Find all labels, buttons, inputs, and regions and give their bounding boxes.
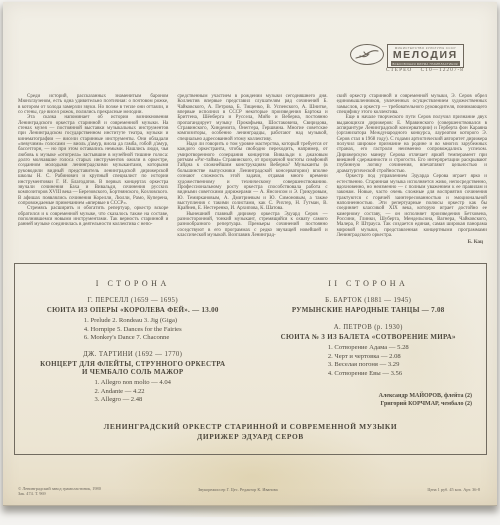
notes-paragraph: средственным участием в рождении музыки …: [177, 94, 327, 142]
notes-paragraph: Эта сказка напоминает об истории возникн…: [18, 115, 168, 206]
melodiya-logo: МИНИСТЕРСТВО КУЛЬТУРЫ СССР МЕЛОДИЯ ВСЕСО…: [350, 44, 464, 68]
firm-text: ВСЕСОЮЗНАЯ ФИРМА ГРАМПЛАСТИНОК: [391, 61, 460, 66]
movement-line: 6. Monkey's Dance 7. Chaconne: [84, 334, 182, 342]
movement-line: 3. Веселая погоня — 3.29: [328, 361, 409, 369]
notes-paragraph: ский оркестр старинной и современной муз…: [337, 94, 487, 115]
price-line: Цена 1 руб. 45 коп. Арт. 36-8: [427, 487, 480, 492]
movement-line: 3. Allegro — 2.48: [95, 396, 171, 404]
composer-name: ДЖ. ТАРТИНИ (1692 — 1770): [15, 351, 251, 358]
work-title: И ЧЕМБАЛО СОЛЬ МАЖОР: [23, 368, 243, 376]
notes-paragraph: Среди историй, рассказанных знаменитым б…: [18, 94, 168, 115]
composer-name: А. ПЕТРОВ (р. 1930): [251, 324, 487, 331]
movement-list: 1. Сотворение Адама — 5.28 2. Черт и чер…: [328, 344, 409, 378]
melodiya-emblem-icon: [350, 44, 384, 65]
liner-notes: Среди историй, рассказанных знаменитым б…: [18, 94, 487, 246]
movement-line: 1. Сотворение Адама — 5.28: [328, 344, 409, 352]
work-title: РУМЫНСКИЕ НАРОДНЫЕ ТАНЦЫ — 7.08: [259, 306, 479, 314]
movement-line: 1. Prelude 2. Rondeau 3. Jig (Giga): [84, 317, 182, 325]
notes-paragraph: Оркестр под управлением Эдуарда Серова и…: [337, 174, 487, 238]
side-2: II СТОРОНА Б. БАРТОК (1881 — 1945) РУМЫН…: [251, 264, 487, 408]
orchestra-name: ЛЕНИНГРАДСКИЙ ОРКЕСТР СТАРИННОЙ И СОВРЕМ…: [15, 422, 486, 432]
notes-author-signature: Б. Кац: [337, 240, 487, 245]
work-title: СЮИТА ИЗ ОПЕРЫ «КОРОЛЕВА ФЕЙ». — 13.00: [23, 306, 243, 314]
tracklist-box: I СТОРОНА Г. ПЕРСЕЛЛ (1659 — 1695) СЮИТА…: [14, 263, 487, 455]
notes-paragraph: Надо ли говорить о том уровне мастерства…: [177, 142, 327, 211]
movement-line: 4. Сотворение Евы — 3.56: [328, 370, 409, 378]
notes-paragraph: Стремясь расширить и обогатить репертуар…: [18, 206, 168, 227]
soloists: Александр МАЙОРОВ, флейта (2) Григорий К…: [251, 392, 473, 408]
credits-line: Звукорежиссер Г. Цес. Редактор К. Иванов…: [198, 487, 278, 492]
movement-list: 1. Prelude 2. Rondeau 3. Jig (Giga) 4. H…: [84, 317, 182, 342]
composer-name: Г. ПЕРСЕЛЛ (1659 — 1695): [15, 297, 251, 304]
ensemble-credit: ЛЕНИНГРАДСКИЙ ОРКЕСТР СТАРИННОЙ И СОВРЕМ…: [15, 422, 486, 442]
stereo-label: СТЕРЕО: [386, 67, 412, 73]
soloist-line: Александр МАЙОРОВ, флейта (2): [251, 392, 473, 400]
movement-line: 1. Allegro non molto — 4.04: [95, 379, 171, 387]
imprint-left: © Ленинградский завод грампластинок, 198…: [18, 486, 101, 497]
order-line: Зак. 474. Т. 969: [18, 491, 101, 496]
composer-name: Б. БАРТОК (1881 — 1945): [251, 297, 487, 304]
pegasus-flourish-icon: [354, 48, 380, 61]
brand-name: МЕЛОДИЯ: [393, 50, 458, 61]
work-title: СЮИТА № 3 ИЗ БАЛЕТА «СОТВОРЕНИЕ МИРА»: [259, 333, 479, 341]
side-1: I СТОРОНА Г. ПЕРСЕЛЛ (1659 — 1695) СЮИТА…: [15, 264, 251, 408]
work-title: КОНЦЕРТ ДЛЯ ФЛЕЙТЫ, СТРУННОГО ОРКЕСТРА: [23, 360, 243, 368]
movement-line: 2. Черт и чертовка — 2.08: [328, 353, 409, 361]
notes-column-2: средственным участием в рождении музыки …: [177, 94, 327, 246]
notes-paragraph: Нынешний главный дирижер оркестра Эдуард…: [177, 212, 327, 239]
side-1-title: I СТОРОНА: [15, 279, 251, 288]
catalog-number: С10—12207-8: [421, 67, 464, 73]
catalog-line: СТЕРЕО С10—12207-8: [386, 67, 464, 73]
soloist-line: Григорий КОРЧМАР, чембало (2): [251, 400, 473, 408]
movement-list: 1. Allegro non molto — 4.04 2. Andante —…: [95, 379, 171, 404]
melodiya-brand-block: МИНИСТЕРСТВО КУЛЬТУРЫ СССР МЕЛОДИЯ ВСЕСО…: [387, 44, 464, 68]
notes-column-1: Среди историй, рассказанных знаменитым б…: [18, 94, 168, 246]
notes-paragraph: Еще в начале творческого пути Серов полу…: [337, 115, 487, 174]
notes-column-3: ский оркестр старинной и современной муз…: [337, 94, 487, 246]
conductor-name: ДИРИЖЕР ЭДУАРД СЕРОВ: [15, 432, 486, 442]
movement-line: 2. Andante — 4.22: [95, 388, 171, 396]
movement-line: 4. Hornpipe 5. Dances for the Fairies: [84, 326, 182, 334]
record-sleeve-back-scan: МИНИСТЕРСТВО КУЛЬТУРЫ СССР МЕЛОДИЯ ВСЕСО…: [0, 0, 500, 525]
side-2-title: II СТОРОНА: [251, 279, 487, 288]
